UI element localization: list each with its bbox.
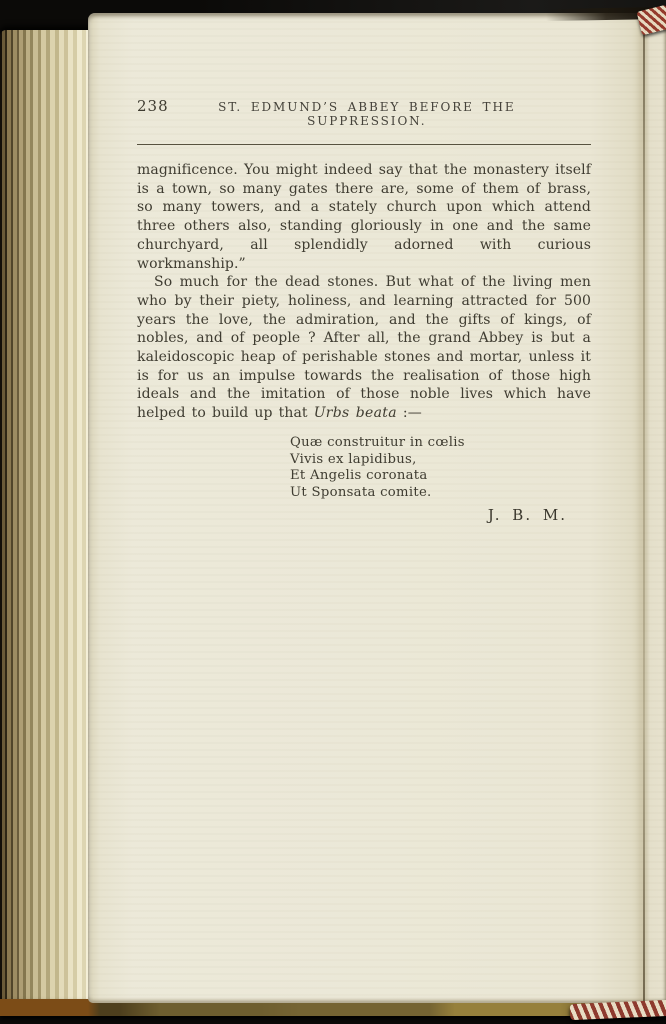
author-initials: J. B. M. (137, 506, 591, 524)
page-content: 238 ST. EDMUND’S ABBEY BEFORE THE SUPPRE… (137, 97, 591, 524)
paragraph-2-end: :— (397, 405, 422, 421)
verse-line: Ut Sponsata comite. (290, 485, 591, 502)
verse-line: Quæ construitur in cœlis (290, 435, 591, 452)
scanned-book-photo: 238 ST. EDMUND’S ABBEY BEFORE THE SUPPRE… (0, 0, 666, 1024)
page-number: 238 (137, 97, 169, 115)
verse-line: Vivis ex lapidibus, (290, 452, 591, 469)
latin-phrase-italic: Urbs beata (314, 405, 397, 421)
paragraph-2: So much for the dead stones. But what of… (137, 273, 591, 423)
running-title: ST. EDMUND’S ABBEY BEFORE THE SUPPRESSIO… (169, 100, 591, 128)
latin-verse: Quæ construitur in cœlis Vivis ex lapidi… (290, 435, 591, 502)
endband-stripes-bottom (570, 1000, 666, 1020)
gutter-crease (643, 13, 645, 1003)
paragraph-2-text: So much for the dead stones. But what of… (137, 274, 591, 421)
page-header: 238 ST. EDMUND’S ABBEY BEFORE THE SUPPRE… (137, 97, 591, 128)
header-rule (137, 144, 591, 145)
page-sheet: 238 ST. EDMUND’S ABBEY BEFORE THE SUPPRE… (88, 13, 666, 1003)
verse-line: Et Angelis coronata (290, 468, 591, 485)
page-edge-stack (0, 30, 96, 1006)
paragraph-1: magnificence. You might indeed say that … (137, 161, 591, 273)
